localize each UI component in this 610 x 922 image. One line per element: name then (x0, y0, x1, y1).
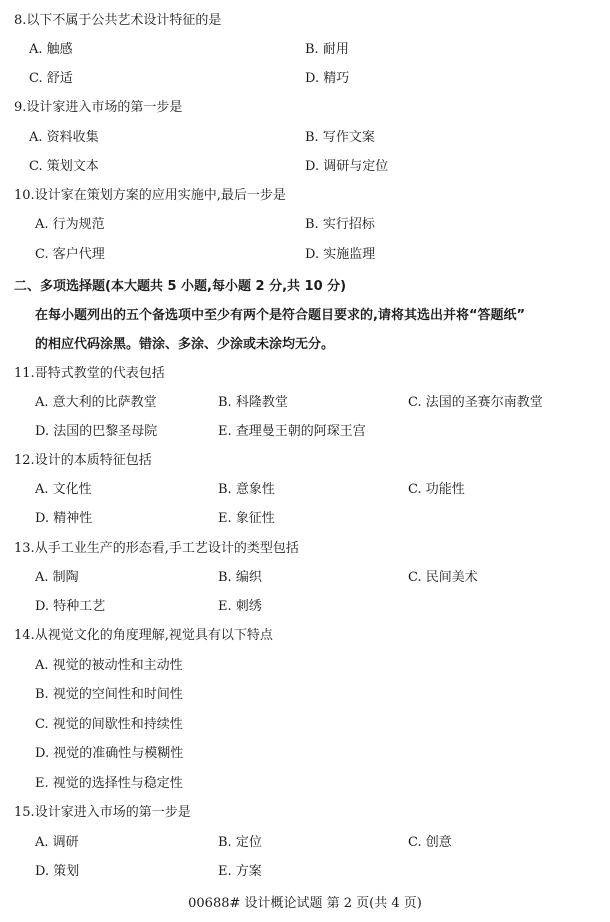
q12-option-d: D. 精神性 (35, 511, 92, 527)
q8-option-b: B. 耐用 (305, 42, 349, 58)
q10-option-b: B. 实行招标 (305, 217, 375, 233)
question-text: 设计家在策划方案的应用实施中,最后一步是 (35, 188, 286, 203)
q15-option-c: C. 创意 (408, 835, 452, 851)
q14-option-c: C. 视觉的间歇性和持续性 (35, 717, 183, 733)
question-11-stem: 11.哥特式教堂的代表包括 (14, 366, 165, 382)
q8-option-d: D. 精巧 (305, 71, 349, 87)
q10-option-d: D. 实施监理 (305, 247, 375, 263)
question-number: 11. (14, 366, 35, 381)
q9-option-b: B. 写作文案 (305, 130, 375, 146)
q10-option-a: A. 行为规范 (35, 217, 105, 233)
question-10-stem: 10.设计家在策划方案的应用实施中,最后一步是 (14, 188, 286, 204)
q11-option-d: D. 法国的巴黎圣母院 (35, 424, 157, 440)
q8-option-a: A. 触感 (29, 42, 73, 58)
q11-option-a: A. 意大利的比萨教堂 (35, 395, 157, 411)
q15-option-b: B. 定位 (218, 835, 262, 851)
question-13-stem: 13.从手工业生产的形态看,手工艺设计的类型包括 (14, 541, 299, 557)
question-15-stem: 15.设计家进入市场的第一步是 (14, 805, 191, 821)
q11-option-b: B. 科隆教堂 (218, 395, 288, 411)
question-text: 从视觉文化的角度理解,视觉具有以下特点 (35, 628, 273, 643)
question-8-stem: 8.以下不属于公共艺术设计特征的是 (14, 13, 221, 29)
question-text: 哥特式教堂的代表包括 (35, 366, 165, 381)
section-heading: 二、多项选择题(本大题共 5 小题,每小题 2 分,共 10 分) (14, 279, 346, 295)
q14-option-d: D. 视觉的准确性与模糊性 (35, 746, 183, 762)
q13-option-a: A. 制陶 (35, 570, 79, 586)
q8-option-c: C. 舒适 (29, 71, 73, 87)
question-9-stem: 9.设计家进入市场的第一步是 (14, 100, 182, 116)
q13-option-c: C. 民间美术 (408, 570, 478, 586)
q15-option-d: D. 策划 (35, 864, 79, 880)
q10-option-c: C. 客户代理 (35, 247, 105, 263)
question-text: 设计家进入市场的第一步是 (35, 805, 191, 820)
section-instruction-line-1: 在每小题列出的五个备选项中至少有两个是符合题目要求的,请将其选出并将“答题纸” (35, 308, 525, 324)
question-number: 9. (14, 100, 26, 115)
question-number: 14. (14, 628, 35, 643)
question-number: 15. (14, 805, 35, 820)
question-text: 以下不属于公共艺术设计特征的是 (26, 13, 221, 28)
question-text: 设计的本质特征包括 (35, 453, 152, 468)
q11-option-e: E. 查理曼王朝的阿琛王宫 (218, 424, 366, 440)
question-14-stem: 14.从视觉文化的角度理解,视觉具有以下特点 (14, 628, 273, 644)
q14-option-b: B. 视觉的空间性和时间性 (35, 687, 183, 703)
q12-option-c: C. 功能性 (408, 482, 465, 498)
q14-option-a: A. 视觉的被动性和主动性 (35, 658, 183, 674)
q15-option-a: A. 调研 (35, 835, 79, 851)
q9-option-d: D. 调研与定位 (305, 159, 388, 175)
q13-option-e: E. 刺绣 (218, 599, 262, 615)
question-text: 设计家进入市场的第一步是 (26, 100, 182, 115)
q15-option-e: E. 方案 (218, 864, 262, 880)
q12-option-b: B. 意象性 (218, 482, 275, 498)
q13-option-b: B. 编织 (218, 570, 262, 586)
q13-option-d: D. 特种工艺 (35, 599, 105, 615)
question-text: 从手工业生产的形态看,手工艺设计的类型包括 (35, 541, 299, 556)
q12-option-a: A. 文化性 (35, 482, 92, 498)
question-12-stem: 12.设计的本质特征包括 (14, 453, 152, 469)
q9-option-c: C. 策划文本 (29, 159, 99, 175)
q14-option-e: E. 视觉的选择性与稳定性 (35, 776, 183, 792)
section-instruction-line-2: 的相应代码涂黑。错涂、多涂、少涂或未涂均无分。 (35, 337, 334, 353)
q11-option-c: C. 法国的圣赛尔南教堂 (408, 395, 543, 411)
question-number: 8. (14, 13, 26, 28)
page-footer: 00688# 设计概论试题 第 2 页(共 4 页) (0, 896, 610, 912)
q9-option-a: A. 资料收集 (29, 130, 99, 146)
question-number: 10. (14, 188, 35, 203)
q12-option-e: E. 象征性 (218, 511, 275, 527)
question-number: 13. (14, 541, 35, 556)
question-number: 12. (14, 453, 35, 468)
